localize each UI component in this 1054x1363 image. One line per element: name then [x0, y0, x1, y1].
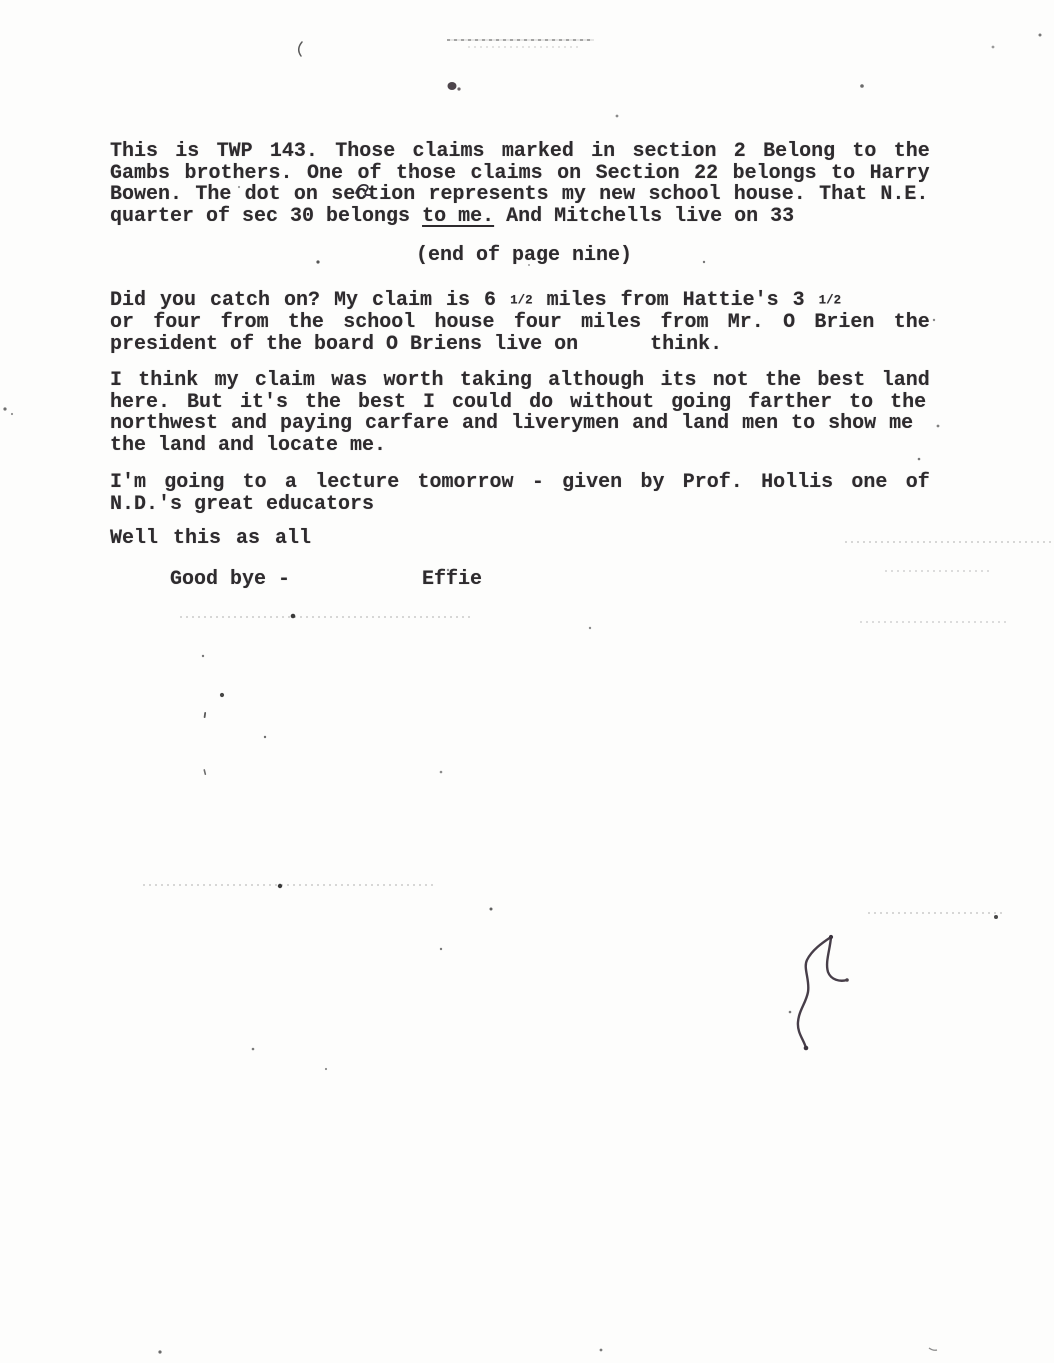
paragraph-closing: Well this as all [110, 528, 938, 550]
text-segment: I'm going to a lecture tomorrow - given … [110, 471, 930, 494]
text-line: This is TWP 143. Those claims marked in … [110, 141, 938, 163]
text-segment: the land and locate me. [110, 434, 386, 457]
paragraph-claims: This is TWP 143. Those claims marked in … [110, 141, 938, 227]
scan-streak [868, 912, 1006, 914]
scan-streak [468, 46, 580, 48]
text-segment: northwest and paying carfare and liverym… [110, 412, 913, 435]
text-line: N.D.'s great educators [110, 494, 938, 516]
text-line: Bowen. The dot on section represents my … [110, 184, 938, 206]
scan-streak [447, 39, 594, 41]
text-segment: miles from Hattie's 3 [533, 289, 819, 312]
paragraph-lecture: I'm going to a lecture tomorrow - given … [110, 472, 938, 515]
text-line: or four from the school house four miles… [110, 312, 938, 334]
text-segment: 1/2 [819, 294, 842, 308]
text-line: (end of page nine) [110, 245, 938, 267]
text-segment: Good bye - Effie [110, 568, 482, 591]
scan-streak [885, 570, 990, 572]
text-line: president of the board O Briens live on … [110, 334, 938, 356]
text-segment: This is TWP 143. Those claims marked in … [110, 140, 930, 163]
text-segment: here. But it's the best I could do witho… [110, 391, 926, 414]
text-segment: (end of page nine) [416, 244, 632, 267]
text-segment: or four from the school house four miles… [110, 311, 930, 334]
text-segment: to me. [422, 205, 494, 228]
text-line: I think my claim was worth taking althou… [110, 370, 938, 392]
signature-line: Good bye - Effie [110, 569, 938, 591]
scanned-letter-page: This is TWP 143. Those claims marked in … [0, 0, 1054, 1363]
text-segment: Did you catch on? My claim is 6 [110, 289, 510, 312]
text-line: here. But it's the best I could do witho… [110, 392, 938, 414]
text-line: Well this as all [110, 528, 938, 550]
text-segment: Well this as all [110, 527, 311, 550]
text-line: Good bye - Effie [110, 569, 938, 591]
text-segment: quarter of sec 30 belongs [110, 205, 422, 228]
scan-streak [143, 884, 435, 886]
text-line: the land and locate me. [110, 435, 938, 457]
paragraph-claim-worth: I think my claim was worth taking althou… [110, 370, 938, 456]
text-segment: president of the board O Briens live on … [110, 333, 722, 356]
page-note: (end of page nine) [110, 245, 938, 267]
text-segment: 1/2 [510, 294, 533, 308]
text-segment: Bowen. The dot on section represents my … [110, 183, 928, 206]
scan-streak [180, 616, 470, 618]
scan-streak [845, 541, 1054, 543]
text-line: I'm going to a lecture tomorrow - given … [110, 472, 938, 494]
text-segment: Gambs brothers. One of those claims on S… [110, 162, 930, 185]
text-line: northwest and paying carfare and liverym… [110, 413, 938, 435]
scan-streak [860, 621, 1010, 623]
paragraph-distances: Did you catch on? My claim is 6 1/2 mile… [110, 290, 938, 355]
text-segment: N.D.'s great educators [110, 493, 374, 516]
text-segment: And Mitchells live on 33 [494, 205, 794, 228]
text-line: Did you catch on? My claim is 6 1/2 mile… [110, 290, 938, 312]
text-line: quarter of sec 30 belongs to me. And Mit… [110, 206, 938, 228]
text-segment: I think my claim was worth taking althou… [110, 369, 930, 392]
letter-body: This is TWP 143. Those claims marked in … [0, 0, 1054, 1363]
text-line: Gambs brothers. One of those claims on S… [110, 163, 938, 185]
